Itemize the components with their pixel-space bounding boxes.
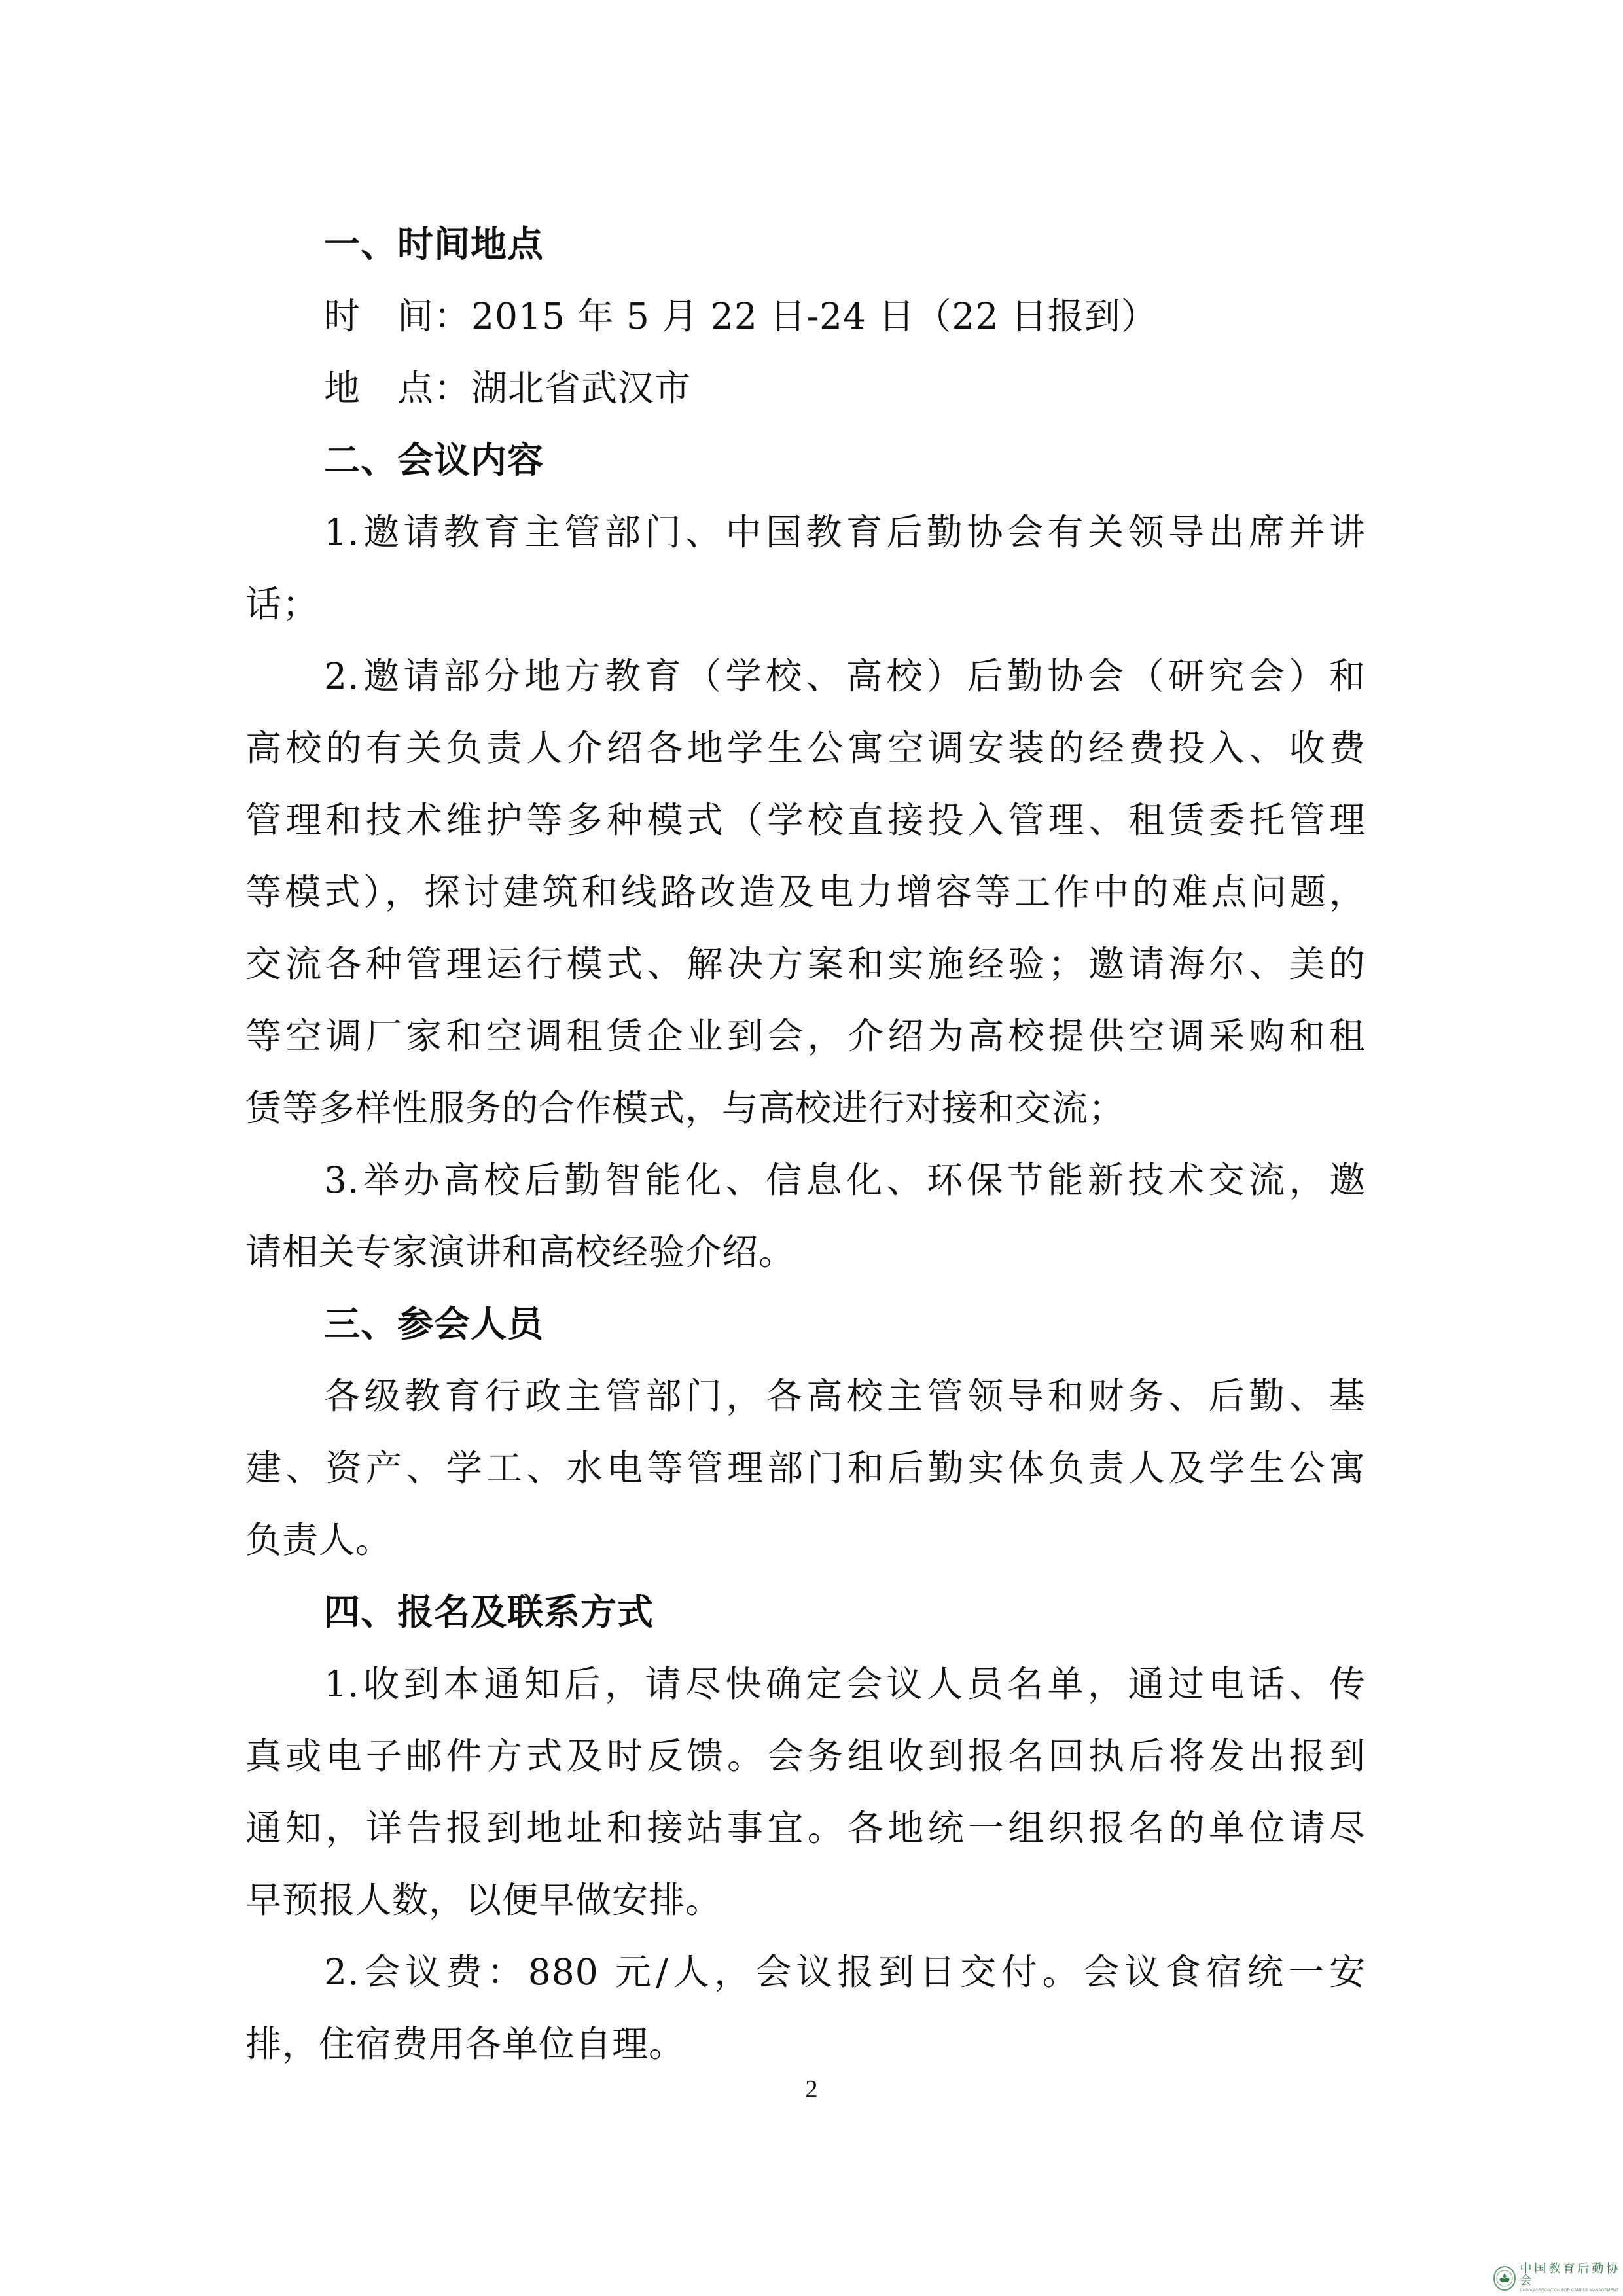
paragraph-line: 各级教育行政主管部门，各高校主管领导和财务、后勤、基 xyxy=(245,1360,1366,1432)
section-heading: 二、会议内容 xyxy=(245,424,1366,496)
section-heading: 四、报名及联系方式 xyxy=(245,1576,1366,1648)
paragraph-line: 2.会议费：880 元/人，会议报到日交付。会议食宿统一安 xyxy=(245,1936,1366,2008)
paragraph-line: 1.邀请教育主管部门、中国教育后勤协会有关领导出席并讲 xyxy=(245,496,1366,568)
location-label: 地 点： xyxy=(324,352,471,424)
document-page: 一、时间地点 时 间：2015 年 5 月 22 日-24 日（22 日报到） … xyxy=(0,0,1623,2296)
paragraph-line: 真或电子邮件方式及时反馈。会务组收到报名回执后将发出报到 xyxy=(245,1720,1366,1792)
logo-text: 中国教育后勤协会 CHINA ASSOCIATION FOR CAMPUS MA… xyxy=(1520,2263,1623,2293)
paragraph-line: 1.收到本通知后，请尽快确定会议人员名单，通过电话、传 xyxy=(245,1648,1366,1720)
organization-logo: 中国教育后勤协会 CHINA ASSOCIATION FOR CAMPUS MA… xyxy=(1493,2263,1623,2293)
paragraph-line: 3.举办高校后勤智能化、信息化、环保节能新技术交流，邀 xyxy=(245,1144,1366,1216)
section-heading: 三、参会人员 xyxy=(245,1288,1366,1360)
paragraph-line: 交流各种管理运行模式、解决方案和实施经验；邀请海尔、美的 xyxy=(245,928,1366,1000)
document-body: 一、时间地点 时 间：2015 年 5 月 22 日-24 日（22 日报到） … xyxy=(245,208,1366,2080)
time-label: 时 间： xyxy=(324,280,471,352)
paragraph-line: 等模式），探讨建筑和线路改造及电力增容等工作中的难点问题， xyxy=(245,856,1366,928)
location-line: 地 点：湖北省武汉市 xyxy=(245,352,1366,424)
paragraph-line: 管理和技术维护等多种模式（学校直接投入管理、租赁委托管理 xyxy=(245,784,1366,856)
paragraph-line: 负责人。 xyxy=(245,1504,1366,1576)
page-number: 2 xyxy=(0,2075,1623,2104)
paragraph-line: 话； xyxy=(245,568,1366,640)
time-value: 2015 年 5 月 22 日-24 日（22 日报到） xyxy=(471,295,1158,337)
paragraph-line: 等空调厂家和空调租赁企业到会，介绍为高校提供空调采购和租 xyxy=(245,1000,1366,1072)
paragraph-line: 排，住宿费用各单位自理。 xyxy=(245,2008,1366,2080)
logo-name-cn: 中国教育后勤协会 xyxy=(1520,2263,1623,2287)
section-heading: 一、时间地点 xyxy=(245,208,1366,280)
paragraph-line: 通知，详告报到地址和接站事宜。各地统一组织报名的单位请尽 xyxy=(245,1792,1366,1864)
paragraph-line: 2.邀请部分地方教育（学校、高校）后勤协会（研究会）和 xyxy=(245,640,1366,712)
paragraph-line: 请相关专家演讲和高校经验介绍。 xyxy=(245,1216,1366,1288)
time-line: 时 间：2015 年 5 月 22 日-24 日（22 日报到） xyxy=(245,280,1366,352)
paragraph-line: 赁等多样性服务的合作模式，与高校进行对接和交流； xyxy=(245,1072,1366,1144)
logo-name-en: CHINA ASSOCIATION FOR CAMPUS MANAGEMENT xyxy=(1520,2289,1623,2293)
paragraph-line: 建、资产、学工、水电等管理部门和后勤实体负责人及学生公寓 xyxy=(245,1432,1366,1504)
emblem-icon xyxy=(1493,2266,1516,2291)
paragraph-line: 高校的有关负责人介绍各地学生公寓空调安装的经费投入、收费 xyxy=(245,712,1366,784)
paragraph-line: 早预报人数，以便早做安排。 xyxy=(245,1864,1366,1936)
location-value: 湖北省武汉市 xyxy=(471,367,691,409)
